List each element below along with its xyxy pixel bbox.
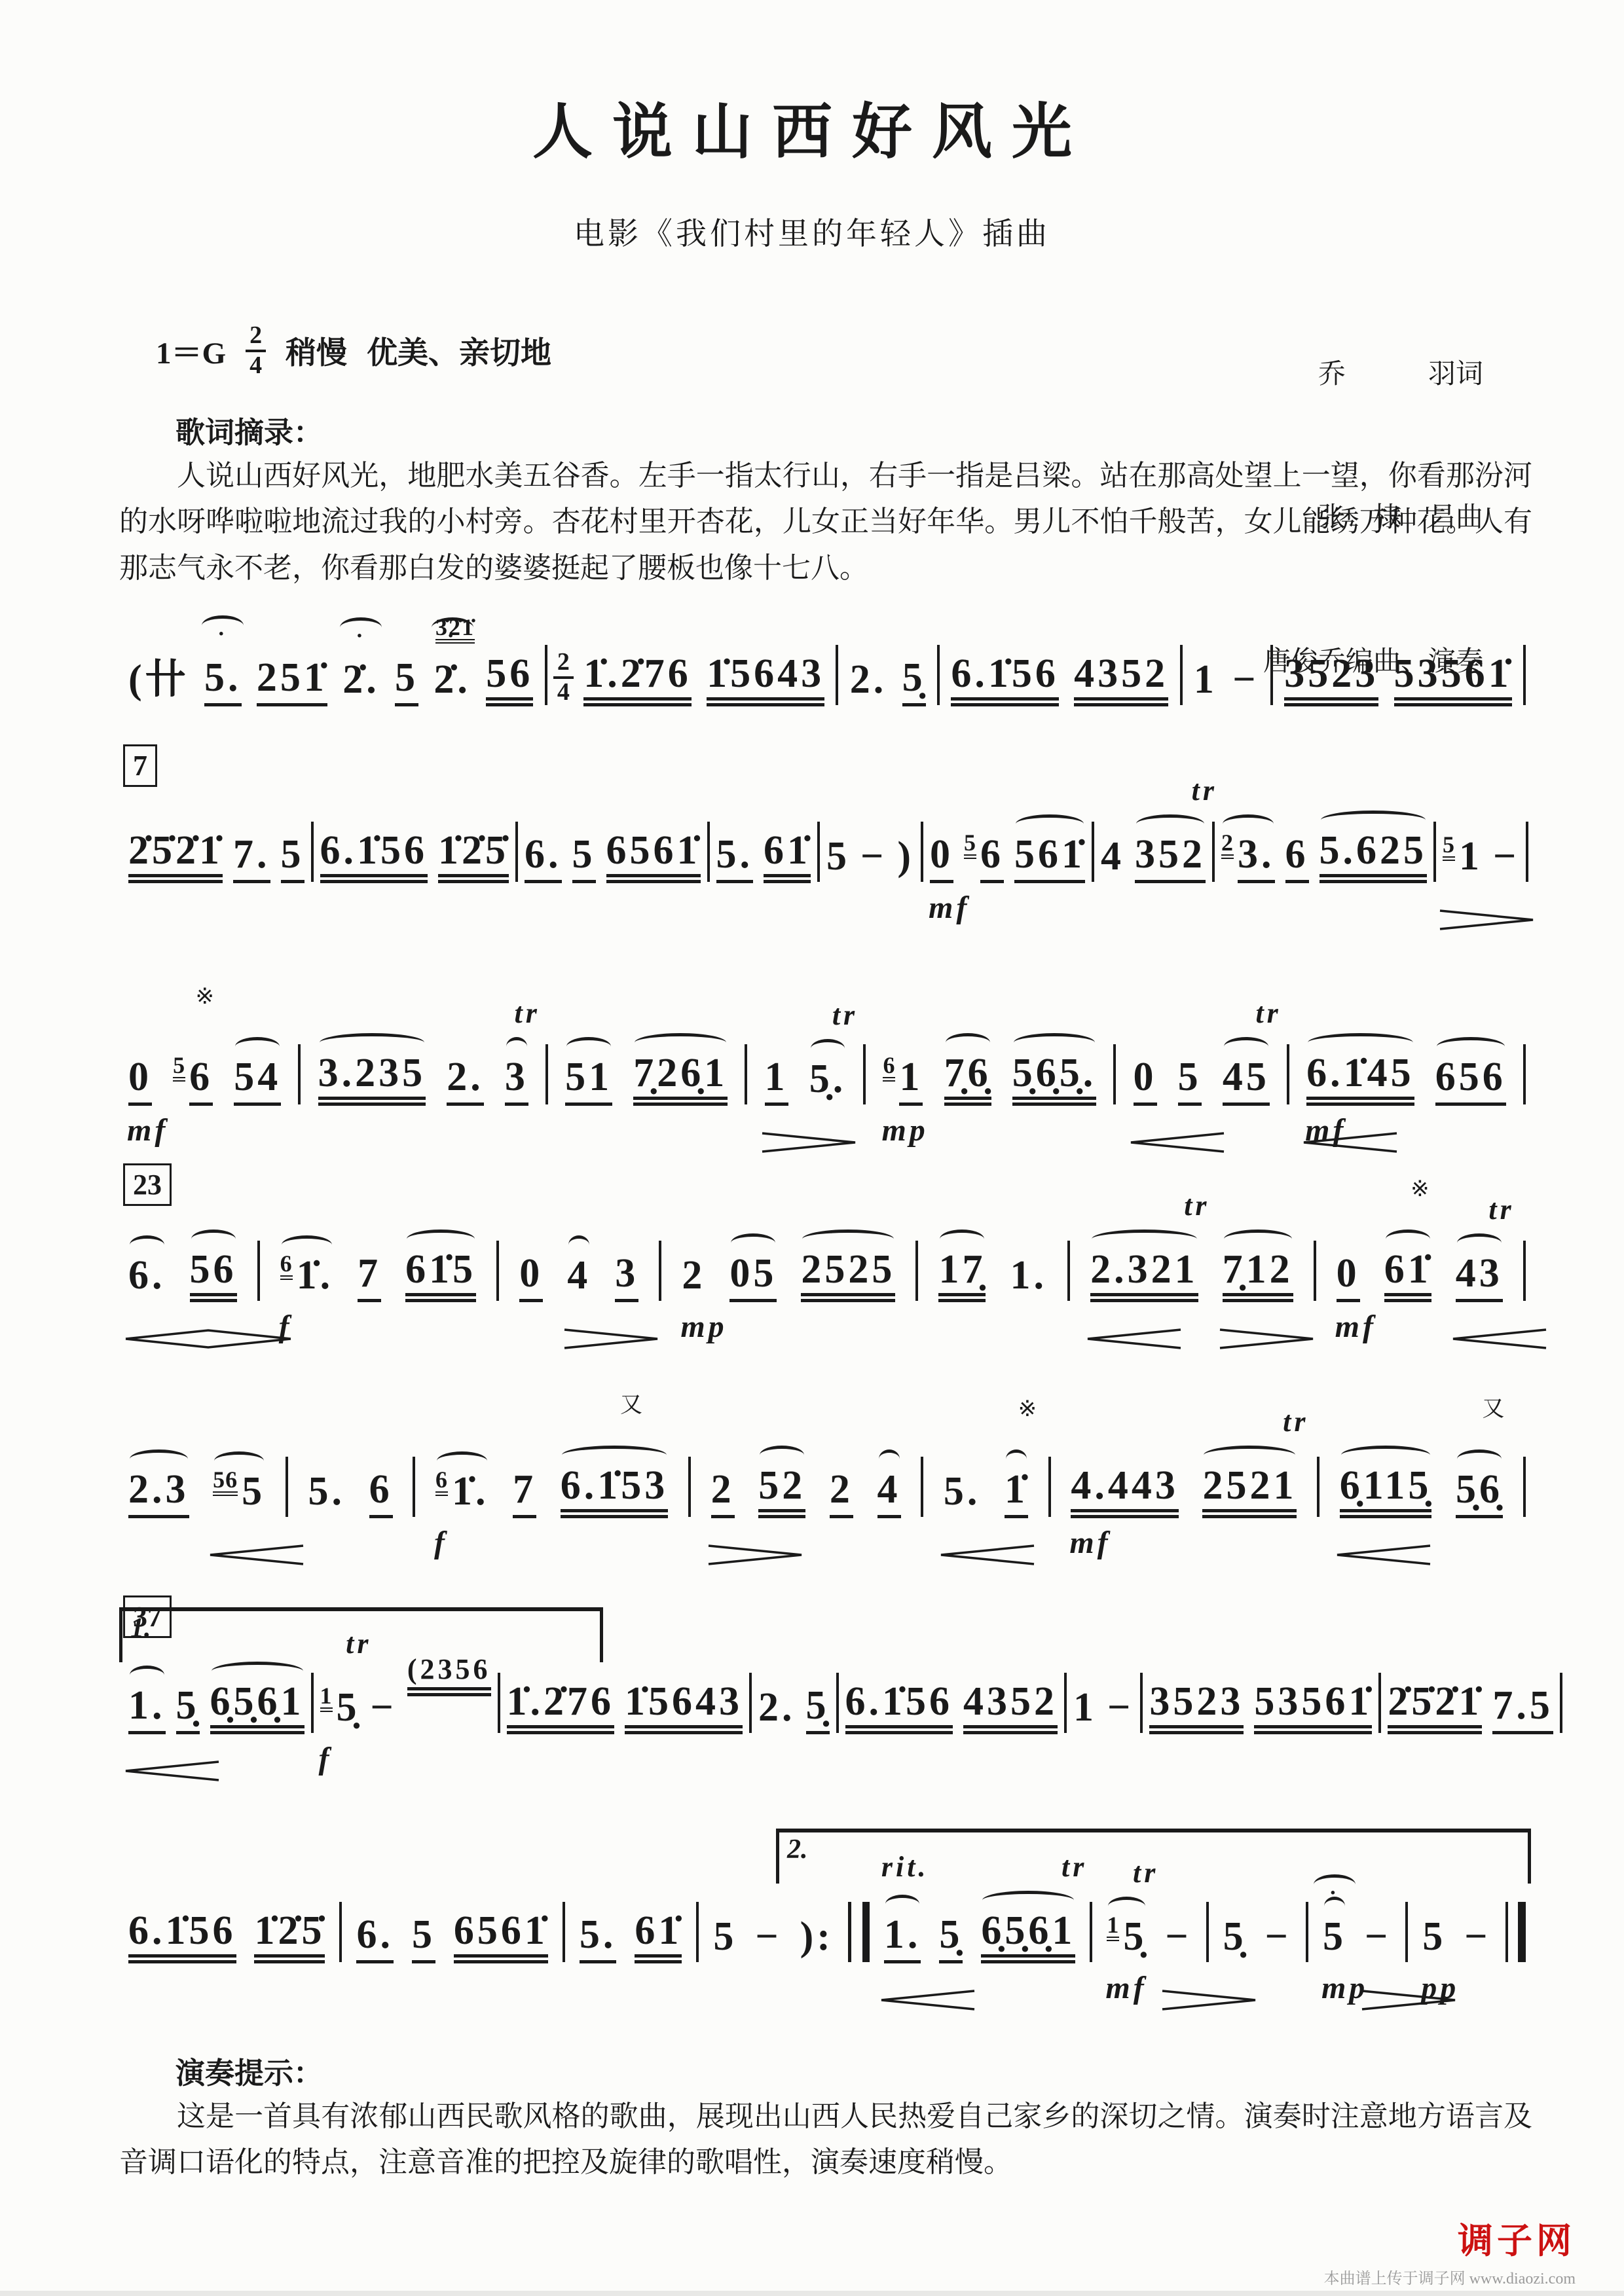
note-group: 6 [364,1469,398,1518]
grace-notes: 1 [320,1684,333,1712]
notes-text: 1 [1459,836,1483,883]
notes-text: 2̇. [342,659,380,706]
barline [1064,1673,1067,1733]
notes-text: ) [897,836,914,883]
note-group: 56 [481,653,538,706]
dynamic-mark: mf [1335,1311,1376,1343]
note-group: 5̣ [801,1685,835,1734]
barline [1433,822,1436,882]
notes-text: 53561̇ [1394,653,1512,706]
grace-notes: 5 [964,831,976,859]
notes-text: 1̇5643 [625,1681,743,1734]
note-group: 7̣12 [1217,1249,1299,1302]
note-group: 54 [229,1057,286,1106]
note-group: 2mp [676,1255,710,1302]
note-group: − [1260,1916,1297,1963]
system-line: 2.35655.661̇.f7又6.1̇53252245.※1̇4.443mft… [123,1457,1527,1518]
notes-text: 54 [234,1057,281,1106]
notes-text: 56 [190,1249,237,1302]
notes-text: 56 [486,653,533,706]
notes-text: 3 [505,1057,528,1106]
note-group: − [1102,1687,1139,1734]
grace-notes: 5 [173,1053,185,1082]
hint-label: 演奏提示： [175,2049,323,2092]
note-group: 5 [821,836,855,883]
note-group: tr6̣5̣6̣1 [976,1910,1080,1963]
notes-text: 1̇. [297,1255,334,1302]
note-group: 1̇2̇5̇ [249,1910,330,1963]
notes-text: 7̣6̣ [944,1053,991,1106]
meter-numerator: 2 [553,649,574,679]
trill-mark: tr [832,1001,858,1030]
barline [915,1241,918,1301]
note-group: 0mf [123,1057,157,1106]
time-signature-inline: 24 [553,649,574,706]
notes-text: 6̣115̣ [1340,1465,1432,1518]
notes-text: 1. [1010,1255,1048,1302]
notes-text: 2.321 [1090,1249,1198,1302]
notes-text: 0 [1134,1057,1157,1106]
note-group: 1̇5643 [701,653,830,706]
expression-text: 优美、亲切地 [367,329,551,373]
barline [836,645,838,705]
rehearsal-mark: 7 [123,744,157,787]
cresc-decresc-hairpin [123,1317,293,1357]
barline [545,645,547,705]
music-system-6: 371.1.5̣6̣5̣6̣1tr15̣f−(23561̇.2̇761̇5643… [123,1673,1527,1734]
notes-text: 3523 [1284,653,1378,706]
notes-text: 1 [899,1057,923,1106]
meter-numerator: 2 [246,322,266,352]
note-group: 61mp [877,1057,928,1106]
notes-text: 7 [513,1469,536,1518]
dynamic-mark: mf [1069,1527,1111,1559]
notes-text: 5 [412,1914,435,1963]
score-page: 人说山西好风光 电影《我们村里的年轻人》插曲 乔 羽词 张 棣 昌曲 唐俊乔编曲… [0,0,1624,2296]
crescendo-hairpin [208,1533,306,1573]
dynamic-mark: f [434,1527,448,1559]
note-group: 5̣ [897,657,931,706]
crescendo-hairpin [1128,1120,1227,1161]
note-group: 565 [208,1471,270,1518]
note-group: ·5mp [1318,1916,1352,1963]
decrescendo-hairpin [1437,898,1536,938]
notes-text: 2525 [801,1249,895,1302]
notes-text: 1̇ [1005,1469,1028,1518]
barline [1206,1902,1209,1962]
note-group: ·2̇. [428,659,476,706]
notes-text: − [1232,659,1259,706]
grace-notes: 6 [883,1053,895,1082]
note-group: 1 [760,1057,794,1106]
note-group: 1 [1068,1687,1102,1734]
meter-denominator: 4 [557,679,570,706]
notes-text: 1 [765,1057,788,1106]
note-group: rit.1. [879,1914,927,1963]
notes-text: ): [800,1916,834,1963]
notes-text: 7̣26̣1 [633,1053,728,1106]
note-group: 6.1̇56 [315,830,434,883]
note-group: 2. [845,659,893,706]
notes-text: 3.235 [318,1053,426,1106]
note-group: 51 [1437,836,1488,883]
notes-text: 6.1̇53 [561,1465,669,1518]
notes-text: 6.1̇45 [1306,1053,1414,1106]
crescendo-hairpin [938,1533,1037,1573]
note-group: 05 [724,1253,782,1302]
notes-text: 251̇ [257,657,327,706]
notes-text: 5̣6̣ [1456,1469,1503,1518]
note-group: − [1359,1916,1396,1963]
note-group: 1. [1005,1255,1053,1302]
notes-text: 1 [1194,659,1217,706]
notes-text: 4352 [1074,653,1168,706]
note-group: 3523 [1144,1681,1249,1734]
notes-text: − [1107,1687,1134,1734]
note-group: 5. [574,1914,622,1963]
notes-text: 5 [713,1916,737,1963]
notes-text: 5. [204,657,242,706]
note-group: 1. [123,1685,171,1734]
annotation-mark: ※ [195,986,217,1008]
notes-text: 2̇5̇2̇1̇ [128,830,223,883]
note-group: 6.1̇56 [840,1681,959,1734]
note-group: − [1488,836,1524,883]
note-group: 6561̇ [449,1910,553,1963]
notes-text: 6.1̇56 [845,1681,953,1734]
notes-text: 0 [930,834,953,883]
notes-text: 6̣5̣6̣1 [210,1681,304,1734]
note-group: − [750,1916,786,1963]
trill-mark: tr [1192,776,1217,805]
notes-text: − [1365,1916,1391,1963]
notes-text: 61̇ [764,830,811,883]
note-group: ※56 [168,1057,218,1106]
grace-notes: 6 [280,1252,293,1280]
annotation-mark: 又 [1482,1398,1507,1421]
note-group: 2525 [796,1249,900,1302]
note-group: tr15̣mf [1101,1916,1152,1963]
grace-notes: 6 [435,1468,448,1496]
trill-mark: tr [1061,1853,1087,1882]
note-group: 4 [1096,836,1130,883]
barline [749,1673,752,1733]
barline [1523,1044,1526,1104]
notes-text: 6 [369,1469,393,1518]
note-group: (卄 [123,659,194,706]
note-group: 7 [507,1469,542,1518]
crescendo-hairpin [1450,1317,1549,1357]
dynamic-mark: f [279,1311,293,1343]
barline [1378,1673,1381,1733]
note-group: 56 [185,1249,242,1302]
notes-text: 0 [1337,1253,1360,1302]
note-group: 1̇.2̇76 [502,1681,620,1734]
notes-text: 3. [1238,834,1275,883]
notes-text: 4 [877,1469,901,1518]
dynamic-mark: mf [1105,1973,1147,2004]
decrescendo-hairpin [1160,1978,1258,2018]
note-group: ※1̇ [999,1469,1033,1518]
note-group: ) [892,836,919,883]
notes-text: − [1464,1916,1490,1963]
notes-text: − [1493,836,1519,883]
barline [257,1241,260,1301]
music-system-1: (卄·5.251̇·2̇.53̇2̇1̇·2̇.56241̇.2̇761̇564… [123,645,1527,706]
notes-text: 2.3 [128,1469,189,1518]
notes-text: 6. [356,1914,394,1963]
note-group: 561̇ [1009,834,1090,883]
notes-text: 5̣ [176,1685,200,1734]
dynamic-mark: mf [929,892,970,924]
barline [545,1044,548,1104]
system-line: 2̇5̇2̇1̇7.56.1̇561̇2̇5̇6.56561̇5.61̇5−)0… [123,822,1527,883]
note-group: (2356 [402,1655,496,1696]
note-group: tr15̣f [315,1687,365,1734]
notes-text: 0 [519,1253,543,1302]
note-group: 1̇.2̇76 [578,653,697,706]
barline [311,1673,314,1733]
barline [707,822,710,882]
fermata-dot: · [356,625,366,647]
barline [1113,1044,1116,1104]
subtitle: 电影《我们村里的年轻人》插曲 [0,210,1624,253]
notes-text: 6.1̇56 [320,830,428,883]
notes-text: 6 [189,1057,213,1106]
grace-notes: 56 [213,1468,238,1496]
system-line: 0mf※56543.2352.tr3517̣26̣11tr5̣.61mp7̣6̣… [123,1044,1527,1106]
notes-text: (2356 [407,1655,491,1696]
barline [286,1457,288,1517]
note-group: tr5̣. [804,1059,852,1106]
note-group: 61̇5 [400,1249,481,1302]
note-group: 251̇ [251,657,333,706]
meter-denominator: 4 [249,352,262,380]
lyrics-label: 歌词摘录： [175,409,323,451]
barline [937,645,940,705]
barline [1405,1902,1408,1962]
notes-text: 7. [233,834,270,883]
barline [1140,1673,1143,1733]
barline [1287,1044,1289,1104]
notes-text: 352 [1135,834,1206,883]
barline [413,1457,415,1517]
notes-text: 5 [281,834,304,883]
notes-text: 5̣ [337,1687,360,1734]
note-group: 6̣5̣6̣1 [205,1681,310,1734]
rit-mark: rit. [881,1853,929,1882]
notes-text: 6.1̇56 [951,653,1059,706]
notes-text: 5̣ [902,657,926,706]
system-line: 1.1.5̣6̣5̣6̣1tr15̣f−(23561̇.2̇761̇56432.… [123,1673,1527,1734]
barline [1523,1457,1526,1517]
grace-notes-above: 3̇2̇1̇ [435,615,475,644]
note-group: 53561̇ [1389,653,1517,706]
barline [921,1457,923,1517]
note-group: 3523 [1279,653,1384,706]
grace-notes: 2 [1221,831,1234,859]
note-group: 2 [824,1469,858,1518]
note-group: 1 [1189,659,1223,706]
notes-text: 1̇5643 [707,653,824,706]
notes-text: 6̣5̣6̣1 [981,1910,1075,1963]
note-group: 7̣6̣ [939,1053,997,1106]
note-group: tr45 [1217,1057,1275,1106]
notes-text: 5̣ [1123,1916,1147,1963]
music-system-5: 2.35655.661̇.f7又6.1̇53252245.※1̇4.443mft… [123,1457,1527,1518]
notes-text: 0 [128,1057,152,1106]
notes-text: − [371,1687,397,1734]
grace-notes: 5 [1443,833,1455,861]
note-group: 6. [351,1914,399,1963]
barline [863,1044,866,1104]
barline [1523,645,1526,705]
note-group: 5 [1173,1057,1207,1106]
notes-text: 2. [758,1687,796,1734]
note-group: 53561̇ [1249,1681,1377,1734]
notes-text: − [1165,1916,1191,1963]
note-group: 5̣ [171,1685,205,1734]
notes-text: 52 [758,1465,805,1518]
barline [1523,1241,1526,1301]
tempo-text: 稍慢 [286,329,347,373]
notes-text: 5 [1178,1057,1202,1106]
note-group: 6. [123,1255,171,1302]
notes-text: 5. [308,1471,345,1518]
note-group: 4.443mf [1065,1465,1184,1518]
barline [921,822,923,882]
barline [1526,822,1528,882]
notes-text: 6. [128,1255,166,1302]
notes-text: 43 [1456,1253,1503,1302]
barline [1067,1241,1070,1301]
trill-mark: tr [1133,1859,1158,1887]
notes-text: 2 [711,1469,735,1518]
system-line: 2.6.1̇561̇2̇5̇6.56561̇5.61̇5−):rit.1.5̣t… [123,1902,1527,1963]
barline [659,1241,661,1301]
crescendo-hairpin [123,1749,221,1789]
note-group: 2. [441,1057,489,1106]
note-group: 61̇ [629,1910,687,1963]
notes-text: 5 [826,836,850,883]
note-group: tr2521 [1197,1465,1302,1518]
watermark-brand: 调子网 [1458,2213,1576,2263]
notes-text: 3523 [1149,1681,1244,1734]
barline [1180,645,1183,705]
note-group: 5̣6̣5̣. [1007,1053,1102,1106]
notes-text: 5 [572,834,596,883]
scan-edge [0,2291,1624,2296]
barline [836,1673,839,1733]
notes-text: 2 [682,1255,705,1302]
notes-text: − [755,1916,781,1963]
note-group: 7. [228,834,276,883]
note-group: 6̣115̣ [1335,1465,1437,1518]
note-group: 6561̇ [601,830,706,883]
notes-text: 1̇2̇5̇ [254,1910,325,1963]
note-group: 61̇ [758,830,816,883]
notes-text: 1̇.2̇76 [507,1681,615,1734]
note-group: 又5̣6̣ [1450,1469,1508,1518]
notes-text: 4 [1101,836,1124,883]
barline [696,1902,699,1962]
annotation-mark: 又 [620,1394,646,1417]
note-group: 5̣ [1218,1916,1252,1963]
notes-text: 5 [1422,1916,1446,1963]
trill-mark: tr [514,999,540,1028]
barline [1048,1457,1051,1517]
barline [563,1902,565,1962]
note-group: 6.1̇45mf [1301,1053,1420,1106]
note-group: 6.1̇56 [123,1910,242,1963]
system-line: (卄·5.251̇·2̇.53̇2̇1̇·2̇.56241̇.2̇761̇564… [123,645,1527,706]
barline [515,822,518,882]
note-group: tr2.321 [1085,1249,1204,1302]
crescendo-hairpin [1085,1317,1183,1357]
trill-mark: tr [1255,999,1281,1028]
notes-text: − [860,836,887,883]
final-barline [1505,1902,1526,1962]
page-title: 人说山西好风光 [0,84,1624,170]
notes-text: 4.443 [1071,1465,1179,1518]
decrescendo-hairpin [1217,1317,1316,1357]
notes-text: 6561̇ [606,830,701,883]
notes-text: 5̣ [939,1914,963,1963]
note-group: 5 [708,1916,742,1963]
note-group: 0mf [925,834,959,883]
note-group: 56 [959,834,1009,883]
notes-text: 2 [830,1469,853,1518]
note-group: tr43 [1450,1253,1508,1302]
note-group: 6.1̇56 [946,653,1064,706]
lyrics-text: 人说山西好风光，地肥水美五谷香。左手一指太行山，右手一指是吕梁。站在那高处望上一… [119,453,1532,591]
note-group: 7.5 [1487,1685,1559,1734]
notes-text: 2. [447,1057,484,1106]
notes-text: 2. [850,659,887,706]
notes-text: 5̣6̣5̣. [1012,1053,1097,1106]
key-tempo-line: 1＝G 2 4 稍慢 优美、亲切地 [156,322,551,380]
note-group: ·2̇. [337,659,385,706]
note-group: 又6.1̇53 [555,1465,674,1518]
notes-text: 61̇ [635,1910,682,1963]
barline [1317,1457,1319,1517]
barline [1314,1241,1316,1301]
barline [298,1044,301,1104]
notes-text: 1 [1073,1687,1097,1734]
barline [339,1902,342,1962]
note-group: 5. [938,1471,986,1518]
note-group: ): [795,1916,839,1963]
notes-text: 7.5 [1492,1685,1553,1734]
note-group: 51 [560,1057,618,1106]
notes-text: 5 [1323,1916,1346,1963]
annotation-mark: ※ [1018,1398,1041,1421]
barline [1270,645,1273,705]
note-group: 5̣ [934,1914,968,1963]
note-group: − [1227,659,1264,706]
notes-text: 1. [884,1914,921,1963]
note-group: 23. [1216,834,1280,883]
notes-text: 5. [944,1471,981,1518]
watermark-note: 本曲谱上传于调子网 www.diaozi.com [1324,2265,1576,2288]
music-system-2: 72̇5̇2̇1̇7.56.1̇561̇2̇5̇6.56561̇5.61̇5−)… [123,822,1527,883]
music-system-3: 0mf※56543.2352.tr3517̣26̣11tr5̣.61mp7̣6̣… [123,1044,1527,1106]
notes-text: 6. [525,834,562,883]
note-group: 0mf [1331,1253,1365,1302]
notes-text: 5 [242,1471,265,1518]
dynamic-mark: mp [680,1311,727,1343]
decrescendo-hairpin [706,1533,804,1573]
